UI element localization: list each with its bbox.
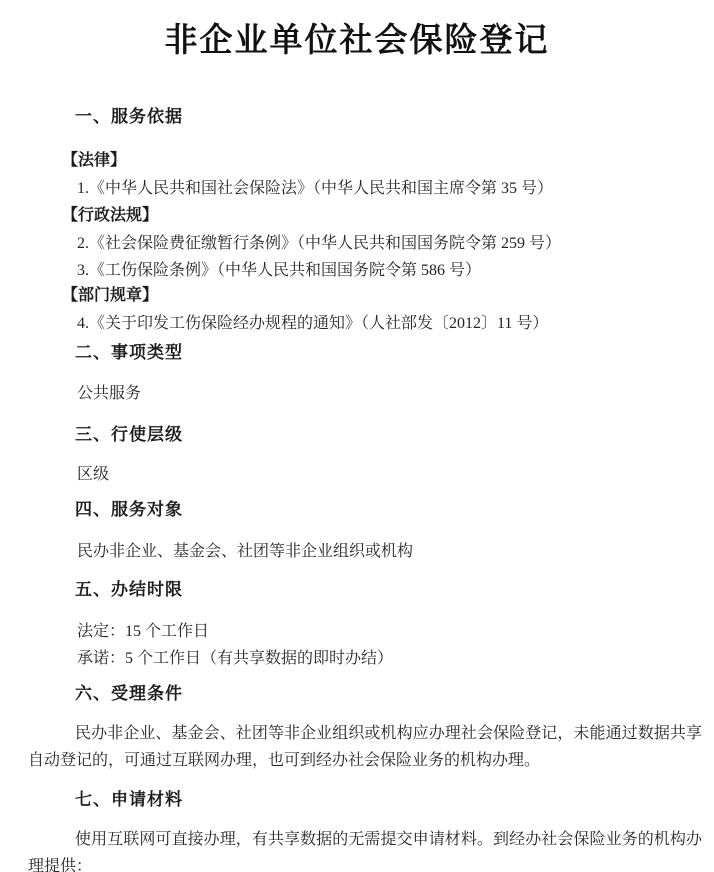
body-text-item-type: 公共服务 (0, 380, 714, 407)
legal-item: 3.《工伤保险条例》（中华人民共和国国务院令第 586 号） (0, 257, 714, 284)
legal-category-label-admin-regulation: 【行政法规】 (0, 206, 714, 226)
section-heading-item-type: 二、事项类型 (0, 343, 714, 363)
section-heading-service-basis: 一、服务依据 (0, 107, 714, 127)
section-heading-service-target: 四、服务对象 (0, 500, 714, 520)
body-text-exercise-level: 区级 (0, 461, 714, 488)
legal-item: 1.《中华人民共和国社会保险法》（中华人民共和国主席令第 35 号） (0, 175, 714, 202)
paragraph-application-materials: 使用互联网可直接办理，有共享数据的无需提交申请材料。到经办社会保险业务的机构办理… (28, 826, 702, 872)
legal-category-label-law: 【法律】 (0, 151, 714, 171)
section-heading-exercise-level: 三、行使层级 (0, 425, 714, 445)
body-text-promised-time-limit: 承诺：5 个工作日（有共享数据的即时办结） (0, 645, 714, 672)
section-heading-application-materials: 七、申请材料 (0, 790, 714, 810)
legal-item: 2.《社会保险费征缴暂行条例》（中华人民共和国国务院令第 259 号） (0, 230, 714, 257)
legal-item: 4.《关于印发工伤保险经办规程的通知》（人社部发〔2012〕11 号） (0, 310, 714, 337)
legal-category-label-department-rule: 【部门规章】 (0, 286, 714, 306)
body-text-service-target: 民办非企业、基金会、社团等非企业组织或机构 (0, 538, 714, 565)
section-heading-completion-time-limit: 五、办结时限 (0, 580, 714, 600)
body-text-statutory-time-limit: 法定：15 个工作日 (0, 618, 714, 645)
paragraph-acceptance-conditions: 民办非企业、基金会、社团等非企业组织或机构应办理社会保险登记，未能通过数据共享自… (28, 720, 702, 774)
section-heading-acceptance-conditions: 六、受理条件 (0, 684, 714, 704)
document-title: 非企业单位社会保险登记 (0, 0, 714, 62)
document-page: 非企业单位社会保险登记 一、服务依据 【法律】 1.《中华人民共和国社会保险法》… (0, 0, 714, 872)
